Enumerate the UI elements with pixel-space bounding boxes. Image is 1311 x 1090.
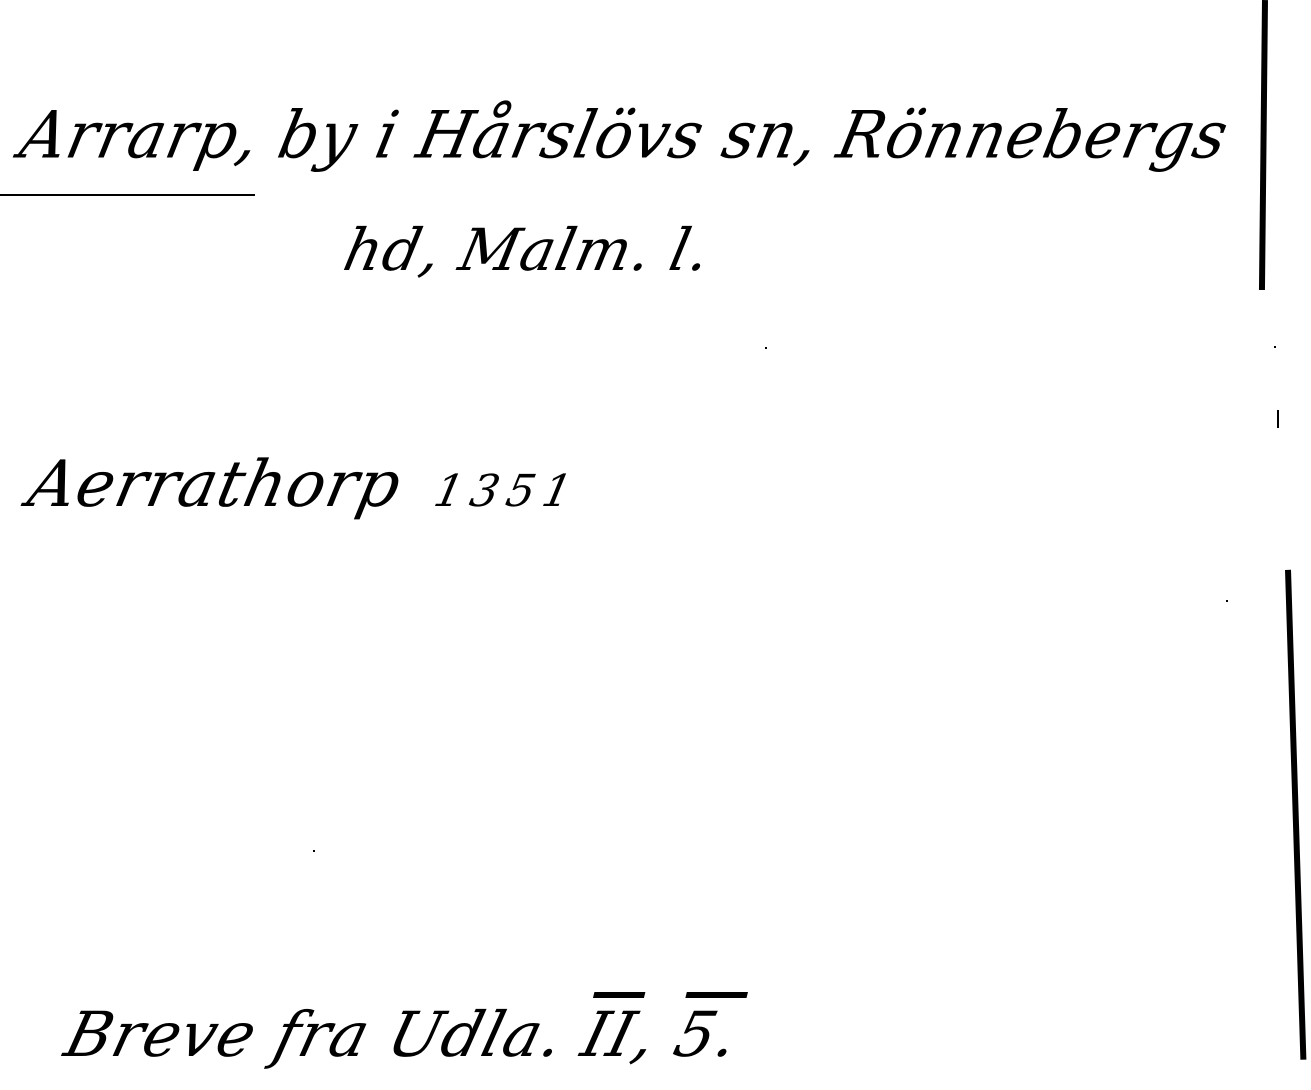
card-edge-bottom bbox=[1285, 570, 1306, 1060]
card-edge-mark bbox=[1277, 410, 1279, 428]
headword: Arrarp bbox=[14, 96, 247, 173]
entry-description-continued: hd, Malm. l. bbox=[338, 216, 717, 284]
scan-speck bbox=[1226, 600, 1228, 602]
attestation-year: 1351 bbox=[430, 466, 585, 517]
source-line: Breve fra Udla. II, 5. bbox=[58, 998, 747, 1071]
entry-line: Arrarp, by i Hårslövs sn, Rönnebergs bbox=[14, 96, 1235, 173]
card-edge-top bbox=[1259, 0, 1268, 290]
headword-underline bbox=[0, 194, 255, 196]
scan-speck bbox=[1274, 346, 1276, 348]
attestation-line: Aerrathorp1351 bbox=[22, 448, 588, 522]
entry-description: , by i Hårslövs sn, Rönnebergs bbox=[230, 96, 1235, 173]
source-title: Breve fra Udla. bbox=[58, 998, 572, 1071]
source-page: 5. bbox=[667, 998, 746, 1071]
scan-speck bbox=[765, 347, 767, 349]
scan-speck bbox=[313, 850, 315, 852]
attested-form: Aerrathorp bbox=[22, 448, 408, 522]
